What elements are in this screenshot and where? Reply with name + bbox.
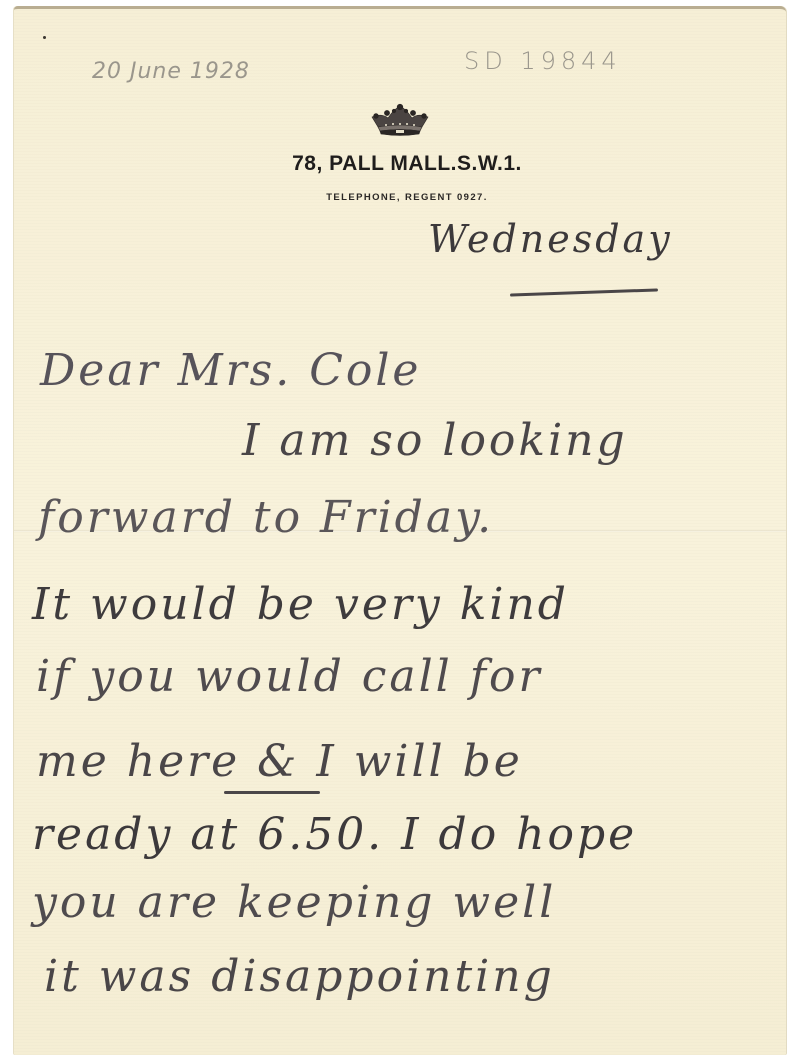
letterhead-telephone: TELEPHONE, REGENT 0927. xyxy=(14,192,786,203)
letterhead-address: 78, PALL MALL.S.W.1. xyxy=(14,152,786,176)
pencil-date-annotation: 20 June 1928 xyxy=(92,59,250,84)
body-line: forward to Friday. xyxy=(38,492,494,543)
day-underline xyxy=(510,288,658,296)
body-line: ready at 6.50. I do hope xyxy=(32,809,637,860)
ink-speck xyxy=(43,36,46,39)
pencil-reference-number: SD 19844 xyxy=(464,47,622,75)
heading-day: Wednesday xyxy=(428,217,673,261)
crown-icon xyxy=(368,103,432,137)
letter-paper: 20 June 1928 SD 19844 78, PALL MALL.S.W.… xyxy=(14,6,786,1055)
body-line: you are keeping well xyxy=(32,877,556,928)
here-underline xyxy=(224,791,320,794)
salutation: Dear Mrs. Cole xyxy=(40,345,421,396)
body-line: me here & I will be xyxy=(36,736,523,787)
body-line: I am so looking xyxy=(242,415,628,466)
body-line: it was disappointing xyxy=(44,951,555,1002)
body-line: if you would call for xyxy=(36,651,543,702)
body-line: It would be very kind xyxy=(32,579,569,630)
